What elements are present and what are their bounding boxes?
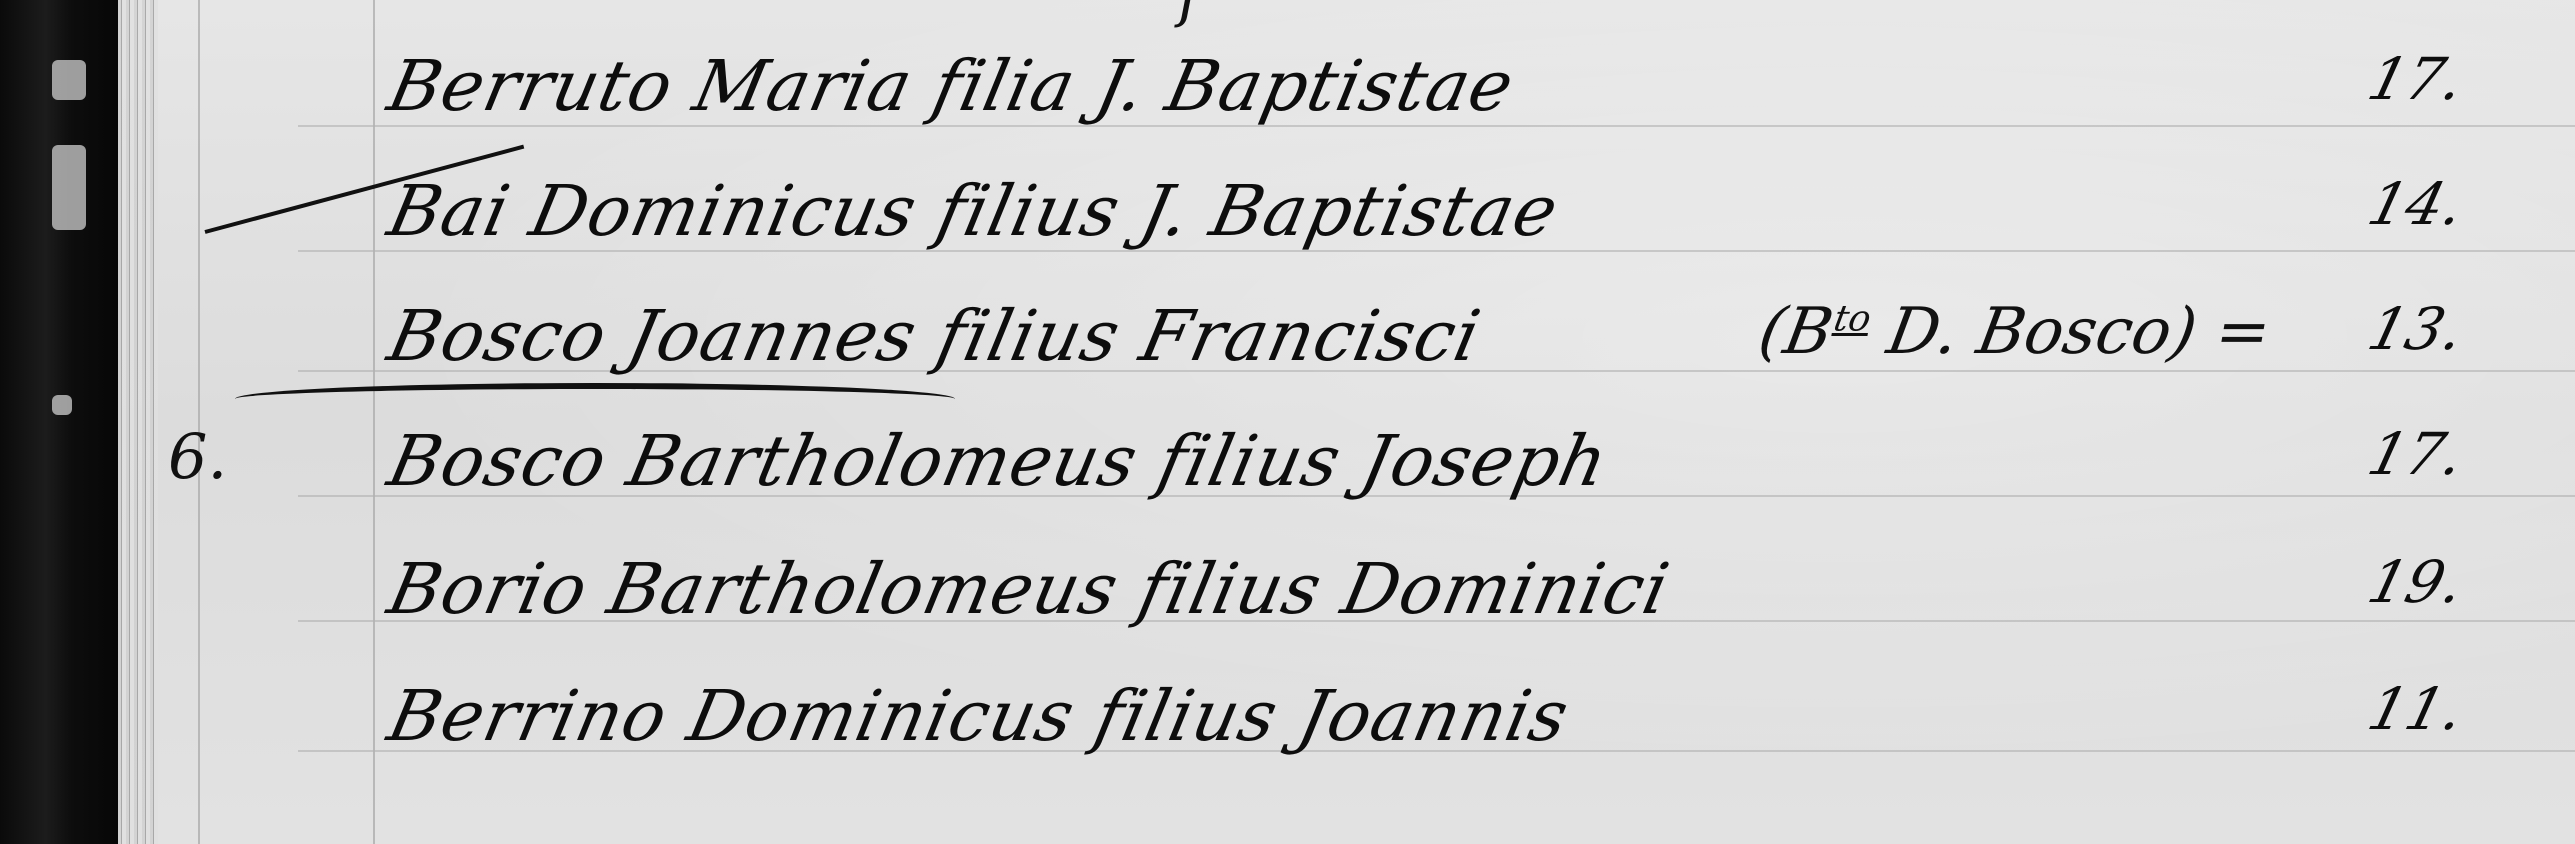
partial-previous-entry: ſ [1178, 0, 1200, 30]
entry-age: 13. [2362, 295, 2471, 363]
entry-name: Bosco Joannes filius Francisci [381, 295, 1488, 377]
register-entry-highlighted: Bosco Joannes filius Francisci (Bto D. B… [0, 295, 2575, 415]
register-entry: Berruto Maria filia J. Baptistae 17. [0, 45, 2575, 165]
entry-margin-number: 6. [168, 420, 227, 493]
entry-age: 17. [2362, 45, 2471, 113]
entry-age: 11. [2362, 675, 2471, 743]
register-entry: Bai Dominicus filius J. Baptistae 14. [0, 170, 2575, 290]
entry-age: 17. [2362, 420, 2471, 488]
annotation-prefix: (B [1753, 295, 1838, 369]
entry-name: Borio Bartholomeus filius Dominici [381, 548, 1676, 630]
margin-annotation: (Bto D. Bosco) = [1753, 295, 2276, 369]
entry-name: Berruto Maria filia J. Baptistae [381, 45, 1521, 127]
register-entry: Borio Bartholomeus filius Dominici 19. [0, 548, 2575, 668]
entry-name: Berrino Dominicus filius Joannis [381, 675, 1576, 757]
register-entry: Berrino Dominicus filius Joannis 11. [0, 675, 2575, 795]
entry-name: Bai Dominicus filius J. Baptistae [381, 170, 1565, 252]
annotation-rest: D. Bosco) = [1862, 295, 2277, 369]
register-entry: 6. Bosco Bartholomeus filius Joseph 17. [0, 420, 2575, 540]
entry-name: Bosco Bartholomeus filius Joseph [381, 420, 1615, 502]
entry-age: 14. [2362, 170, 2471, 238]
entry-age: 19. [2362, 548, 2471, 616]
